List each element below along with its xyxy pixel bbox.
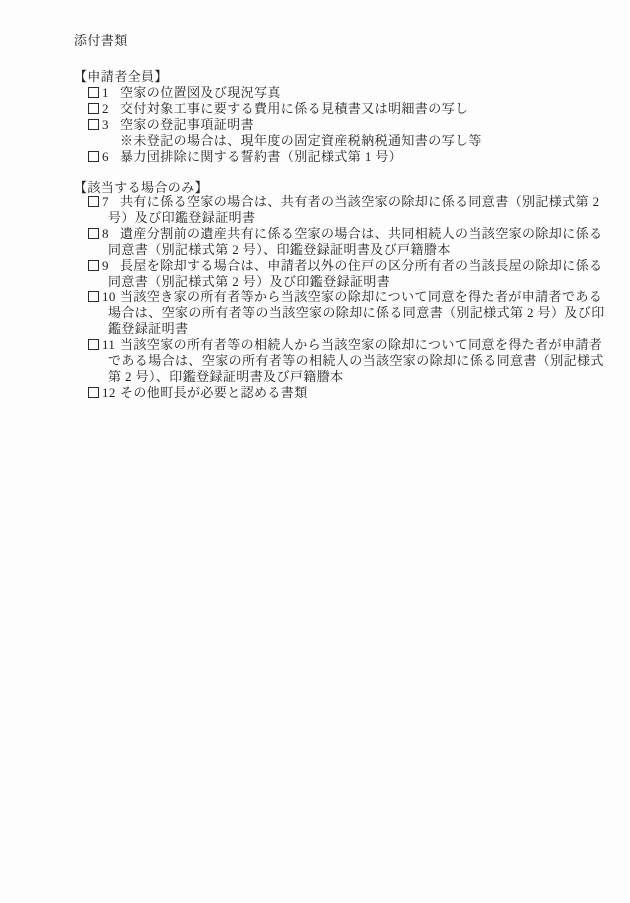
item-marker: 6 [88,149,120,165]
checklist-all-applicants: 1 空家の位置図及び現況写真 2 交付対象工事に要する費用に係る見積書又は明細書… [88,85,482,165]
item-text-line: その他町長が必要と認める書類 [120,385,308,401]
checklist-item-3: 3 空家の登記事項証明書 ※未登記の場合は、現年度の固定資産税納税通知書の写し等 [88,117,482,149]
checkbox-unchecked-icon [88,228,99,239]
checklist-item-8: 8 遺産分割前の遺産共有に係る空家の場合は、共同相続人の当該空家の除却に係る 同… [88,226,605,258]
checkbox-unchecked-icon [88,339,99,350]
document-page: 添付書類 【申請者全員】 1 空家の位置図及び現況写真 2 交付対象工事に要する… [0,0,630,903]
item-text-line: 共有に係る空家の場合は、共有者の当該空家の除却に係る同意書（別記様式第 2 [120,194,600,210]
item-text-line: 同意書（別記様式第 2 号）及び印鑑登録証明書 [108,274,602,290]
checklist-item-9: 9 長屋を除却する場合は、申請者以外の住戸の区分所有者の当該長屋の除却に係る 同… [88,258,605,290]
item-text-line: 長屋を除却する場合は、申請者以外の住戸の区分所有者の当該長屋の除却に係る [120,258,602,274]
item-text-line: 鑑登録証明書 [108,321,605,337]
checkbox-unchecked-icon [88,103,99,114]
item-number: 7 [102,194,109,209]
item-text-line: 交付対象工事に要する費用に係る見積書又は明細書の写し [120,101,468,117]
item-text-line: 号）及び印鑑登録証明書 [108,210,600,226]
item-number: 10 [102,289,116,304]
checkbox-unchecked-icon [88,87,99,98]
checkbox-unchecked-icon [88,260,99,271]
checklist-item-10: 10 当該空き家の所有者等から当該空家の除却について同意を得た者が申請者である … [88,289,605,337]
checklist-item-7: 7 共有に係る空家の場合は、共有者の当該空家の除却に係る同意書（別記様式第 2 … [88,194,605,226]
item-marker: 8 [88,226,120,242]
item-number: 12 [102,385,116,400]
checklist-item-1: 1 空家の位置図及び現況写真 [88,85,482,101]
item-marker: 11 [88,337,120,353]
item-marker: 9 [88,258,120,274]
section-header-all-applicants: 【申請者全員】 [74,69,168,85]
item-marker: 10 [88,289,120,305]
checklist-if-applicable: 7 共有に係る空家の場合は、共有者の当該空家の除却に係る同意書（別記様式第 2 … [88,194,605,401]
checkbox-unchecked-icon [88,151,99,162]
item-text-line: 空家の登記事項証明書 [120,117,482,133]
checklist-item-12: 12 その他町長が必要と認める書類 [88,385,605,401]
item-number: 8 [102,226,109,241]
item-text-line: 暴力団排除に関する誓約書（別記様式第 1 号） [120,149,402,165]
checklist-item-2: 2 交付対象工事に要する費用に係る見積書又は明細書の写し [88,101,482,117]
checkbox-unchecked-icon [88,119,99,130]
item-text-line: 空家の位置図及び現況写真 [120,85,281,101]
item-number: 11 [102,337,115,352]
item-text-line: である場合は、空家の所有者等の相続人の当該空家の除却に係る同意書（別記様式 [108,353,604,369]
item-note-line: ※未登記の場合は、現年度の固定資産税納税通知書の写し等 [120,133,482,149]
item-number: 3 [102,117,109,132]
item-number: 1 [102,85,109,100]
document-title: 添付書類 [74,33,128,49]
item-text-line: 第 2 号）、印鑑登録証明書及び戸籍謄本 [108,369,604,385]
item-number: 6 [102,149,109,164]
item-marker: 7 [88,194,120,210]
item-text-line: 遺産分割前の遺産共有に係る空家の場合は、共同相続人の当該空家の除却に係る [120,226,602,242]
item-number: 9 [102,258,109,273]
item-marker: 1 [88,85,120,101]
checkbox-unchecked-icon [88,196,99,207]
item-marker: 2 [88,101,120,117]
item-text-line: 同意書（別記様式第 2 号）、印鑑登録証明書及び戸籍謄本 [108,242,602,258]
item-marker: 12 [88,385,120,401]
checkbox-unchecked-icon [88,291,99,302]
item-number: 2 [102,101,109,116]
item-marker: 3 [88,117,120,133]
item-text-line: 当該空き家の所有者等から当該空家の除却について同意を得た者が申請者である [120,289,605,305]
checklist-item-11: 11 当該空家の所有者等の相続人から当該空家の除却について同意を得た者が申請者 … [88,337,605,385]
item-text-line: 当該空家の所有者等の相続人から当該空家の除却について同意を得た者が申請者 [120,337,604,353]
checklist-item-6: 6 暴力団排除に関する誓約書（別記様式第 1 号） [88,149,482,165]
item-text-line: 場合は、空家の所有者等の当該空家の除却に係る同意書（別記様式第 2 号）及び印 [108,305,605,321]
checkbox-unchecked-icon [88,387,99,398]
